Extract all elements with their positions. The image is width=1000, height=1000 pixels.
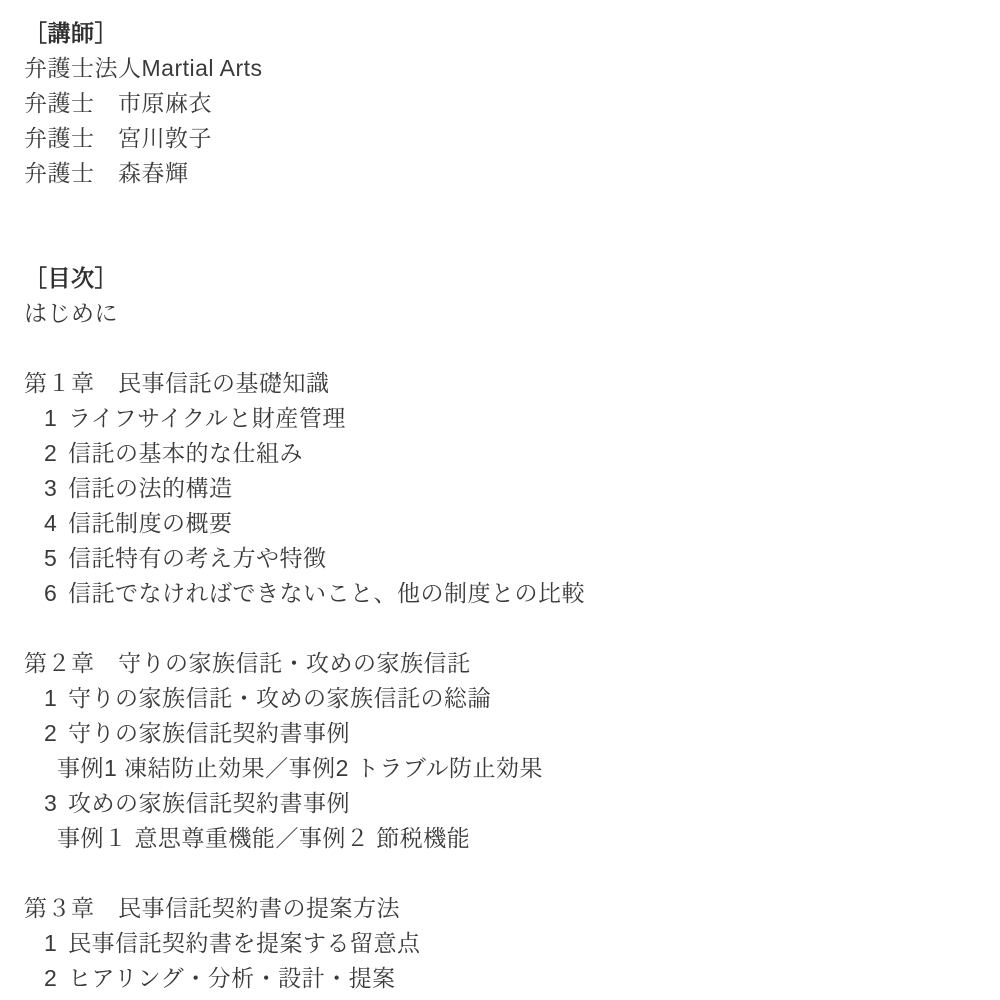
chapter-1-item-4: 4信託制度の概要 bbox=[24, 506, 980, 541]
item-number: 1 bbox=[44, 401, 68, 436]
item-number: 2 bbox=[44, 436, 68, 471]
item-text: 攻めの家族信託契約書事例 bbox=[68, 790, 350, 816]
chapter-2-item-1: 1守りの家族信託・攻めの家族信託の総論 bbox=[24, 681, 980, 716]
item-text: 民事信託契約書を提案する留意点 bbox=[68, 930, 421, 956]
item-number: 4 bbox=[44, 506, 68, 541]
item-number: 6 bbox=[44, 576, 68, 611]
item-number: 3 bbox=[44, 471, 68, 506]
spacer bbox=[24, 191, 980, 226]
toc-heading: ［目次］ bbox=[24, 261, 980, 296]
chapter-3-item-1: 1民事信託契約書を提案する留意点 bbox=[24, 926, 980, 961]
chapter-2-case-examples-2: 事例１ 意思尊重機能／事例２ 節税機能 bbox=[24, 821, 980, 856]
chapter-2-case-examples-1: 事例1 凍結防止効果／事例2 トラブル防止効果 bbox=[24, 751, 980, 786]
instructor-name-2: 弁護士 宮川敦子 bbox=[24, 121, 980, 156]
instructor-name-1: 弁護士 市原麻衣 bbox=[24, 86, 980, 121]
chapter-1-title: 第１章 民事信託の基礎知識 bbox=[24, 366, 980, 401]
item-text: 信託でなければできないこと、他の制度との比較 bbox=[68, 580, 585, 606]
spacer bbox=[24, 856, 980, 891]
item-text: 信託の基本的な仕組み bbox=[68, 440, 303, 466]
chapter-3-title: 第３章 民事信託契約書の提案方法 bbox=[24, 891, 980, 926]
item-number: 1 bbox=[44, 926, 68, 961]
chapter-1-item-2: 2信託の基本的な仕組み bbox=[24, 436, 980, 471]
instructor-firm: 弁護士法人Martial Arts bbox=[24, 51, 980, 86]
chapter-3-item-2: 2ヒアリング・分析・設計・提案 bbox=[24, 961, 980, 996]
item-text: ヒアリング・分析・設計・提案 bbox=[68, 965, 396, 991]
document-page: ［講師］ 弁護士法人Martial Arts 弁護士 市原麻衣 弁護士 宮川敦子… bbox=[0, 0, 1000, 1000]
chapter-2-title: 第２章 守りの家族信託・攻めの家族信託 bbox=[24, 646, 980, 681]
chapter-1-item-3: 3信託の法的構造 bbox=[24, 471, 980, 506]
instructor-name-3: 弁護士 森春輝 bbox=[24, 156, 980, 191]
item-text: 信託特有の考え方や特徴 bbox=[68, 545, 327, 571]
chapter-1-item-5: 5信託特有の考え方や特徴 bbox=[24, 541, 980, 576]
spacer bbox=[24, 226, 980, 261]
toc-intro: はじめに bbox=[24, 296, 980, 331]
chapter-2-item-3: 3攻めの家族信託契約書事例 bbox=[24, 786, 980, 821]
item-number: 2 bbox=[44, 716, 68, 751]
chapter-1-item-6: 6信託でなければできないこと、他の制度との比較 bbox=[24, 576, 980, 611]
item-text: 信託の法的構造 bbox=[68, 475, 233, 501]
item-text: 信託制度の概要 bbox=[68, 510, 233, 536]
item-number: 2 bbox=[44, 961, 68, 996]
item-number: 1 bbox=[44, 681, 68, 716]
chapter-2-item-2: 2守りの家族信託契約書事例 bbox=[24, 716, 980, 751]
spacer bbox=[24, 331, 980, 366]
item-number: 3 bbox=[44, 786, 68, 821]
item-text: 守りの家族信託・攻めの家族信託の総論 bbox=[68, 685, 491, 711]
chapter-1-item-1: 1ライフサイクルと財産管理 bbox=[24, 401, 980, 436]
item-number: 5 bbox=[44, 541, 68, 576]
spacer bbox=[24, 611, 980, 646]
item-text: 守りの家族信託契約書事例 bbox=[68, 720, 350, 746]
instructors-heading: ［講師］ bbox=[24, 16, 980, 51]
item-text: ライフサイクルと財産管理 bbox=[68, 405, 346, 431]
